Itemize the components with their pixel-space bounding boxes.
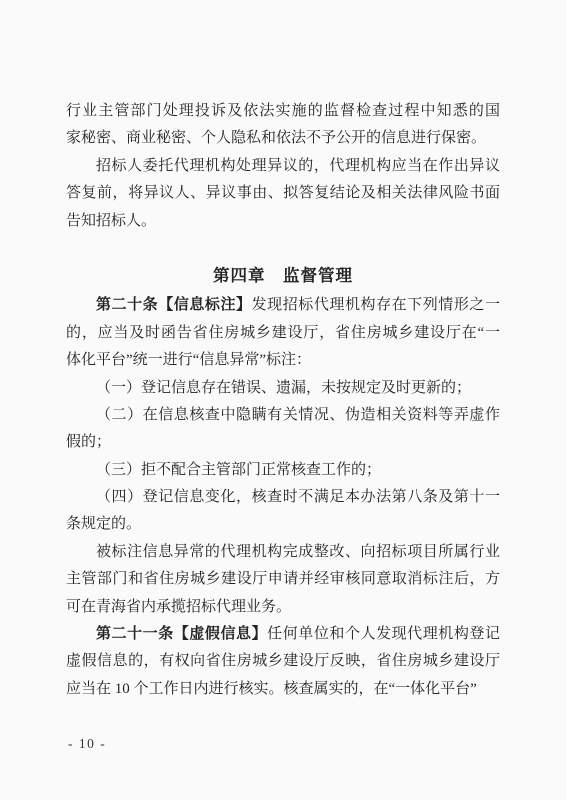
page-number: - 10 - [68, 736, 106, 752]
body-text: 家秘密、商业秘密、个人隐私和依法不予公开的信息进行保密。 [66, 130, 486, 146]
text-line: （三）拒不配合主管部门正常核查工作的； [66, 457, 500, 484]
text-line: 第二十一条【虚假信息】任何单位和个人发现代理机构登记 [66, 621, 500, 648]
body-text: 主管部门和省住房城乡建设厅申请并经审核同意取消标注后，方 [66, 571, 500, 587]
article-title-text: 第二十条【信息标注】 [96, 297, 252, 313]
text-line: 虚假信息的，有权向省住房城乡建设厅反映，省住房城乡建设厅 [66, 648, 500, 675]
body-text: 告知招标人。 [66, 213, 156, 229]
text-line: 体化平台”统一进行“信息异常”标注： [66, 347, 500, 374]
text-line: 行业主管部门处理投诉及依法实施的监督检查过程中知悉的国 [66, 98, 500, 125]
text-line: 的，应当及时函告省住房城乡建设厅，省住房城乡建设厅在“一 [66, 320, 500, 347]
body-text: 应当在 10 个工作日内进行核实。核查属实的，在“一体化平台” [66, 681, 477, 697]
body-text: （四）登记信息变化，核查时不满足本办法第八条及第十一 [96, 489, 500, 505]
text-line: 告知招标人。 [66, 208, 500, 235]
body-text: 条规定的。 [66, 516, 141, 532]
body-text: 行业主管部门处理投诉及依法实施的监督检查过程中知悉的国 [66, 103, 500, 119]
body-text: 发现招标代理机构存在下列情形之一 [252, 297, 500, 313]
text-line: （一）登记信息存在错误、遗漏，未按规定及时更新的； [66, 375, 500, 402]
text-line: 条规定的。 [66, 511, 500, 538]
body-text: 可在青海省内承揽招标代理业务。 [66, 599, 291, 615]
body-text: 任何单位和个人发现代理机构登记 [267, 626, 500, 642]
body-text: 假的； [66, 434, 111, 450]
document-page: 行业主管部门处理投诉及依法实施的监督检查过程中知悉的国家秘密、商业秘密、个人隐私… [0, 0, 566, 800]
text-line: 被标注信息异常的代理机构完成整改、向招标项目所属行业 [66, 539, 500, 566]
chapter-heading: 第四章 监督管理 [66, 262, 500, 289]
body-text: 答复前，将异议人、异议事由、拟答复结论及相关法律风险书面 [66, 185, 500, 201]
body-text: （一）登记信息存在错误、遗漏，未按规定及时更新的； [96, 380, 471, 396]
text-line: 第二十条【信息标注】发现招标代理机构存在下列情形之一 [66, 292, 500, 319]
text-line: 家秘密、商业秘密、个人隐私和依法不予公开的信息进行保密。 [66, 125, 500, 152]
body-text: 招标人委托代理机构处理异议的，代理机构应当在作出异议 [96, 158, 500, 174]
text-line: 答复前，将异议人、异议事由、拟答复结论及相关法律风险书面 [66, 180, 500, 207]
text-line: 主管部门和省住房城乡建设厅申请并经审核同意取消标注后，方 [66, 566, 500, 593]
text-line: （二）在信息核查中隐瞒有关情况、伪造相关资料等弄虚作 [66, 402, 500, 429]
body-text: 体化平台”统一进行“信息异常”标注： [66, 352, 311, 368]
body-text: （三）拒不配合主管部门正常核查工作的； [96, 462, 381, 478]
text-line: 可在青海省内承揽招标代理业务。 [66, 594, 500, 621]
body-text: 的，应当及时函告省住房城乡建设厅，省住房城乡建设厅在“一 [66, 325, 500, 341]
text-line: 招标人委托代理机构处理异议的，代理机构应当在作出异议 [66, 153, 500, 180]
text-line: 假的； [66, 429, 500, 456]
body-text: （二）在信息核查中隐瞒有关情况、伪造相关资料等弄虚作 [96, 407, 500, 423]
text-line: 应当在 10 个工作日内进行核实。核查属实的，在“一体化平台” [66, 676, 500, 703]
body-text: 被标注信息异常的代理机构完成整改、向招标项目所属行业 [96, 544, 500, 560]
text-line: （四）登记信息变化，核查时不满足本办法第八条及第十一 [66, 484, 500, 511]
document-content: 行业主管部门处理投诉及依法实施的监督检查过程中知悉的国家秘密、商业秘密、个人隐私… [66, 98, 500, 703]
body-text: 虚假信息的，有权向省住房城乡建设厅反映，省住房城乡建设厅 [66, 653, 500, 669]
article-title-text: 第二十一条【虚假信息】 [96, 626, 267, 642]
